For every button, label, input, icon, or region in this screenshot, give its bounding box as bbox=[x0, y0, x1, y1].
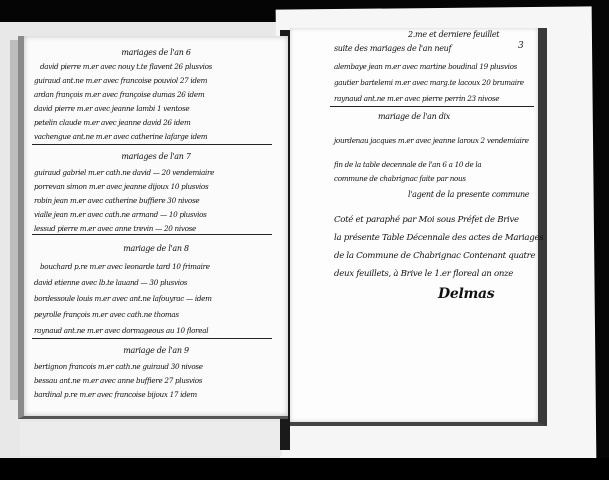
entry: david pierre m.er avec jeanne lambi 1 ve… bbox=[34, 104, 189, 113]
entry: bordessoule louis m.er avec ant.ne lafou… bbox=[34, 294, 212, 303]
torn-page-edge bbox=[10, 40, 18, 400]
entry: alembaye jean m.er avec martine boudinal… bbox=[334, 62, 517, 71]
section-heading-suite: suite des mariages de l'an neuf bbox=[334, 44, 451, 53]
entry: porrevan simon m.er avec jeanne dijoux 1… bbox=[34, 182, 208, 191]
certification-line: Coté et paraphé par Moi sous Préfet de B… bbox=[334, 214, 519, 226]
page-number: 3 bbox=[518, 42, 523, 51]
section-heading-an9: mariage de l'an 9 bbox=[24, 346, 288, 355]
divider bbox=[32, 234, 272, 235]
entry: peyrolle françois m.er avec cath.ne thom… bbox=[34, 310, 179, 319]
entry: lessud pierre m.er avec anne trevin — 20… bbox=[34, 224, 196, 233]
section-heading-an10: mariage de l'an dix bbox=[290, 112, 538, 121]
entry: bouchard p.re m.er avec leonarde tard 10… bbox=[40, 262, 210, 271]
entry: david pierre m.er avec nouy t.te flavent… bbox=[40, 62, 212, 71]
entry: david etienne avec lb.te lauand — 30 plu… bbox=[34, 278, 187, 287]
certification-line: la présente Table Décennale des actes de… bbox=[334, 232, 543, 244]
section-heading-an7: mariages de l'an 7 bbox=[24, 152, 288, 161]
signature: Delmas bbox=[438, 286, 494, 302]
certification-line: deux feuillets, à Brive le 1.er floreal … bbox=[334, 268, 513, 280]
right-page: 2.me et derniere feuillet 3 suite des ma… bbox=[290, 28, 547, 426]
entry: gautier bartelemi m.er avec marg.te laco… bbox=[334, 78, 524, 87]
entry: vialle jean m.er avec cath.ne armand — 1… bbox=[34, 210, 207, 219]
divider bbox=[32, 144, 272, 145]
entry: robin jean m.er avec catherine buffiere … bbox=[34, 196, 199, 205]
entry: ardan françois m.er avec françoise dumas… bbox=[34, 90, 204, 99]
lower-left-sheet bbox=[20, 422, 282, 456]
scan-border-bottom bbox=[0, 458, 609, 480]
entry: guiraud gabriel m.er cath.ne david — 20 … bbox=[34, 168, 214, 177]
entry: vachengue ant.ne m.er avec catherine laf… bbox=[34, 132, 207, 141]
page-marker: 2.me et derniere feuillet bbox=[408, 30, 499, 39]
entry: bardinal p.re m.er avec francoise bijoux… bbox=[34, 390, 197, 399]
entry: bessau ant.ne m.er avec anne buffiere 27… bbox=[34, 376, 202, 385]
closing-line: commune de chabrignac faite par nous bbox=[334, 174, 466, 183]
entry: jourdenau jacques m.er avec jeanne larou… bbox=[334, 136, 529, 145]
left-page: mariages de l'an 6 david pierre m.er ave… bbox=[18, 36, 288, 419]
closing-line: l'agent de la presente commune bbox=[408, 190, 529, 199]
divider bbox=[330, 106, 534, 107]
entry: raynaud ant.ne m.er avec dormageous au 1… bbox=[34, 326, 208, 335]
entry: guiraud ant.ne m.er avec francoise pouvi… bbox=[34, 76, 207, 85]
certification-line: de la Commune de Chabrignac Contenant qu… bbox=[334, 250, 535, 262]
section-heading-an8: mariage de l'an 8 bbox=[24, 244, 288, 253]
entry: bertignon francois m.er cath.ne guiraud … bbox=[34, 362, 203, 371]
entry: petelin claude m.er avec jeanne david 26… bbox=[34, 118, 190, 127]
section-heading-an6: mariages de l'an 6 bbox=[24, 48, 288, 57]
entry: raynaud ant.ne m.er avec pierre perrin 2… bbox=[334, 94, 499, 103]
closing-line: fin de la table decennale de l'an 6 a 10… bbox=[334, 160, 481, 169]
divider bbox=[32, 338, 272, 339]
